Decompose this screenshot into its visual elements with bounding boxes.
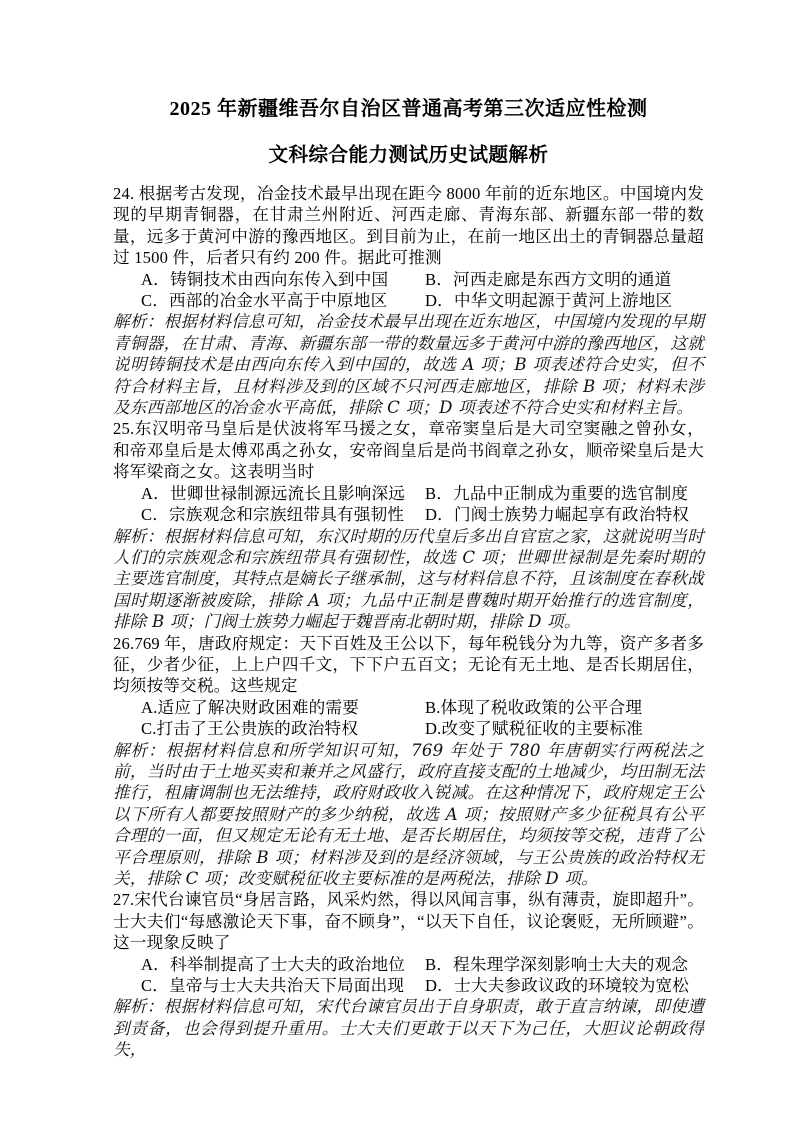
question-block: 27.宋代台谏官员“身居言路，风采灼然，得以风闻言事，纵有薄责，旋即超升”。士大…	[113, 889, 704, 1060]
question-options: A．世卿世禄制源远流长且影响深远B．九品中正制成为重要的选官制度C．宗族观念和宗…	[113, 483, 704, 526]
option: A．世卿世禄制源远流长且影响深远	[141, 483, 425, 504]
question-analysis: 解析：根据材料信息可知，东汉时期的历代皇后多出自官宦之家，这就说明当时人们的宗族…	[113, 526, 704, 633]
question-stem: 24. 根据考古发现，冶金技术最早出现在距今 8000 年前的近东地区。中国境内…	[113, 183, 704, 269]
option-line: C．宗族观念和宗族纽带具有强韧性D．门阀士族势力崛起享有政治特权	[113, 504, 704, 525]
question-stem: 27.宋代台谏官员“身居言路，风采灼然，得以风闻言事，纵有薄责，旋即超升”。士大…	[113, 889, 704, 953]
option: A．科举制提高了士大夫的政治地位	[141, 954, 425, 975]
question-analysis: 解析：根据材料信息可知，宋代台谏官员出于自身职责，敢于直言纳谏，即使遭到责备，也…	[113, 996, 704, 1060]
option: C．宗族观念和宗族纽带具有强韧性	[141, 504, 425, 525]
option-line: A．世卿世禄制源远流长且影响深远B．九品中正制成为重要的选官制度	[113, 483, 704, 504]
question-block: 26.769 年，唐政府规定：天下百姓及王公以下，每年税钱分为九等，资产多者多征…	[113, 633, 704, 890]
question-analysis: 解析：根据材料信息和所学知识可知，769 年处于 780 年唐朝实行两税法之前，…	[113, 740, 704, 890]
option-line: C.打击了王公贵族的政治特权D.改变了赋税征收的主要标准	[113, 718, 704, 739]
page-subtitle: 文科综合能力测试历史试题解析	[113, 144, 704, 168]
question-block: 24. 根据考古发现，冶金技术最早出现在距今 8000 年前的近东地区。中国境内…	[113, 183, 704, 418]
option-line: A.适应了解决财政困难的需要B.体现了税收政策的公平合理	[113, 697, 704, 718]
question-options: A.适应了解决财政困难的需要B.体现了税收政策的公平合理C.打击了王公贵族的政治…	[113, 697, 704, 740]
option: D．士大夫参政议政的环境较为宽松	[425, 975, 704, 996]
option-line: A．铸铜技术由西向东传入到中国B．河西走廊是东西方文明的通道	[113, 269, 704, 290]
option-line: A．科举制提高了士大夫的政治地位B．程朱理学深刻影响士大夫的观念	[113, 954, 704, 975]
option-line: C．西部的冶金水平高于中原地区D．中华文明起源于黄河上游地区	[113, 290, 704, 311]
option: D．中华文明起源于黄河上游地区	[425, 290, 704, 311]
page-title: 2025 年新疆维吾尔自治区普通高考第三次适应性检测	[113, 97, 704, 121]
option: C．皇帝与士大夫共治天下局面出现	[141, 975, 425, 996]
question-block: 25.东汉明帝马皇后是伏波将军马援之女，章帝窦皇后是大司空窦融之曾孙女，和帝邓皇…	[113, 418, 704, 632]
option: B．河西走廊是东西方文明的通道	[425, 269, 704, 290]
option: B．程朱理学深刻影响士大夫的观念	[425, 954, 704, 975]
option-line: C．皇帝与士大夫共治天下局面出现D．士大夫参政议政的环境较为宽松	[113, 975, 704, 996]
option: C．西部的冶金水平高于中原地区	[141, 290, 425, 311]
questions-container: 24. 根据考古发现，冶金技术最早出现在距今 8000 年前的近东地区。中国境内…	[113, 183, 704, 1061]
question-stem: 26.769 年，唐政府规定：天下百姓及王公以下，每年税钱分为九等，资产多者多征…	[113, 633, 704, 697]
question-options: A．铸铜技术由西向东传入到中国B．河西走廊是东西方文明的通道C．西部的冶金水平高…	[113, 269, 704, 312]
option: C.打击了王公贵族的政治特权	[141, 718, 425, 739]
option: A．铸铜技术由西向东传入到中国	[141, 269, 425, 290]
option: D．门阀士族势力崛起享有政治特权	[425, 504, 704, 525]
question-stem: 25.东汉明帝马皇后是伏波将军马援之女，章帝窦皇后是大司空窦融之曾孙女，和帝邓皇…	[113, 418, 704, 482]
option: D.改变了赋税征收的主要标准	[425, 718, 704, 739]
question-options: A．科举制提高了士大夫的政治地位B．程朱理学深刻影响士大夫的观念C．皇帝与士大夫…	[113, 954, 704, 997]
option: B．九品中正制成为重要的选官制度	[425, 483, 704, 504]
option: B.体现了税收政策的公平合理	[425, 697, 704, 718]
option: A.适应了解决财政困难的需要	[141, 697, 425, 718]
document-page: 2025 年新疆维吾尔自治区普通高考第三次适应性检测 文科综合能力测试历史试题解…	[0, 0, 794, 1123]
question-analysis: 解析：根据材料信息可知，冶金技术最早出现在近东地区，中国境内发现的早期青铜器，在…	[113, 311, 704, 418]
